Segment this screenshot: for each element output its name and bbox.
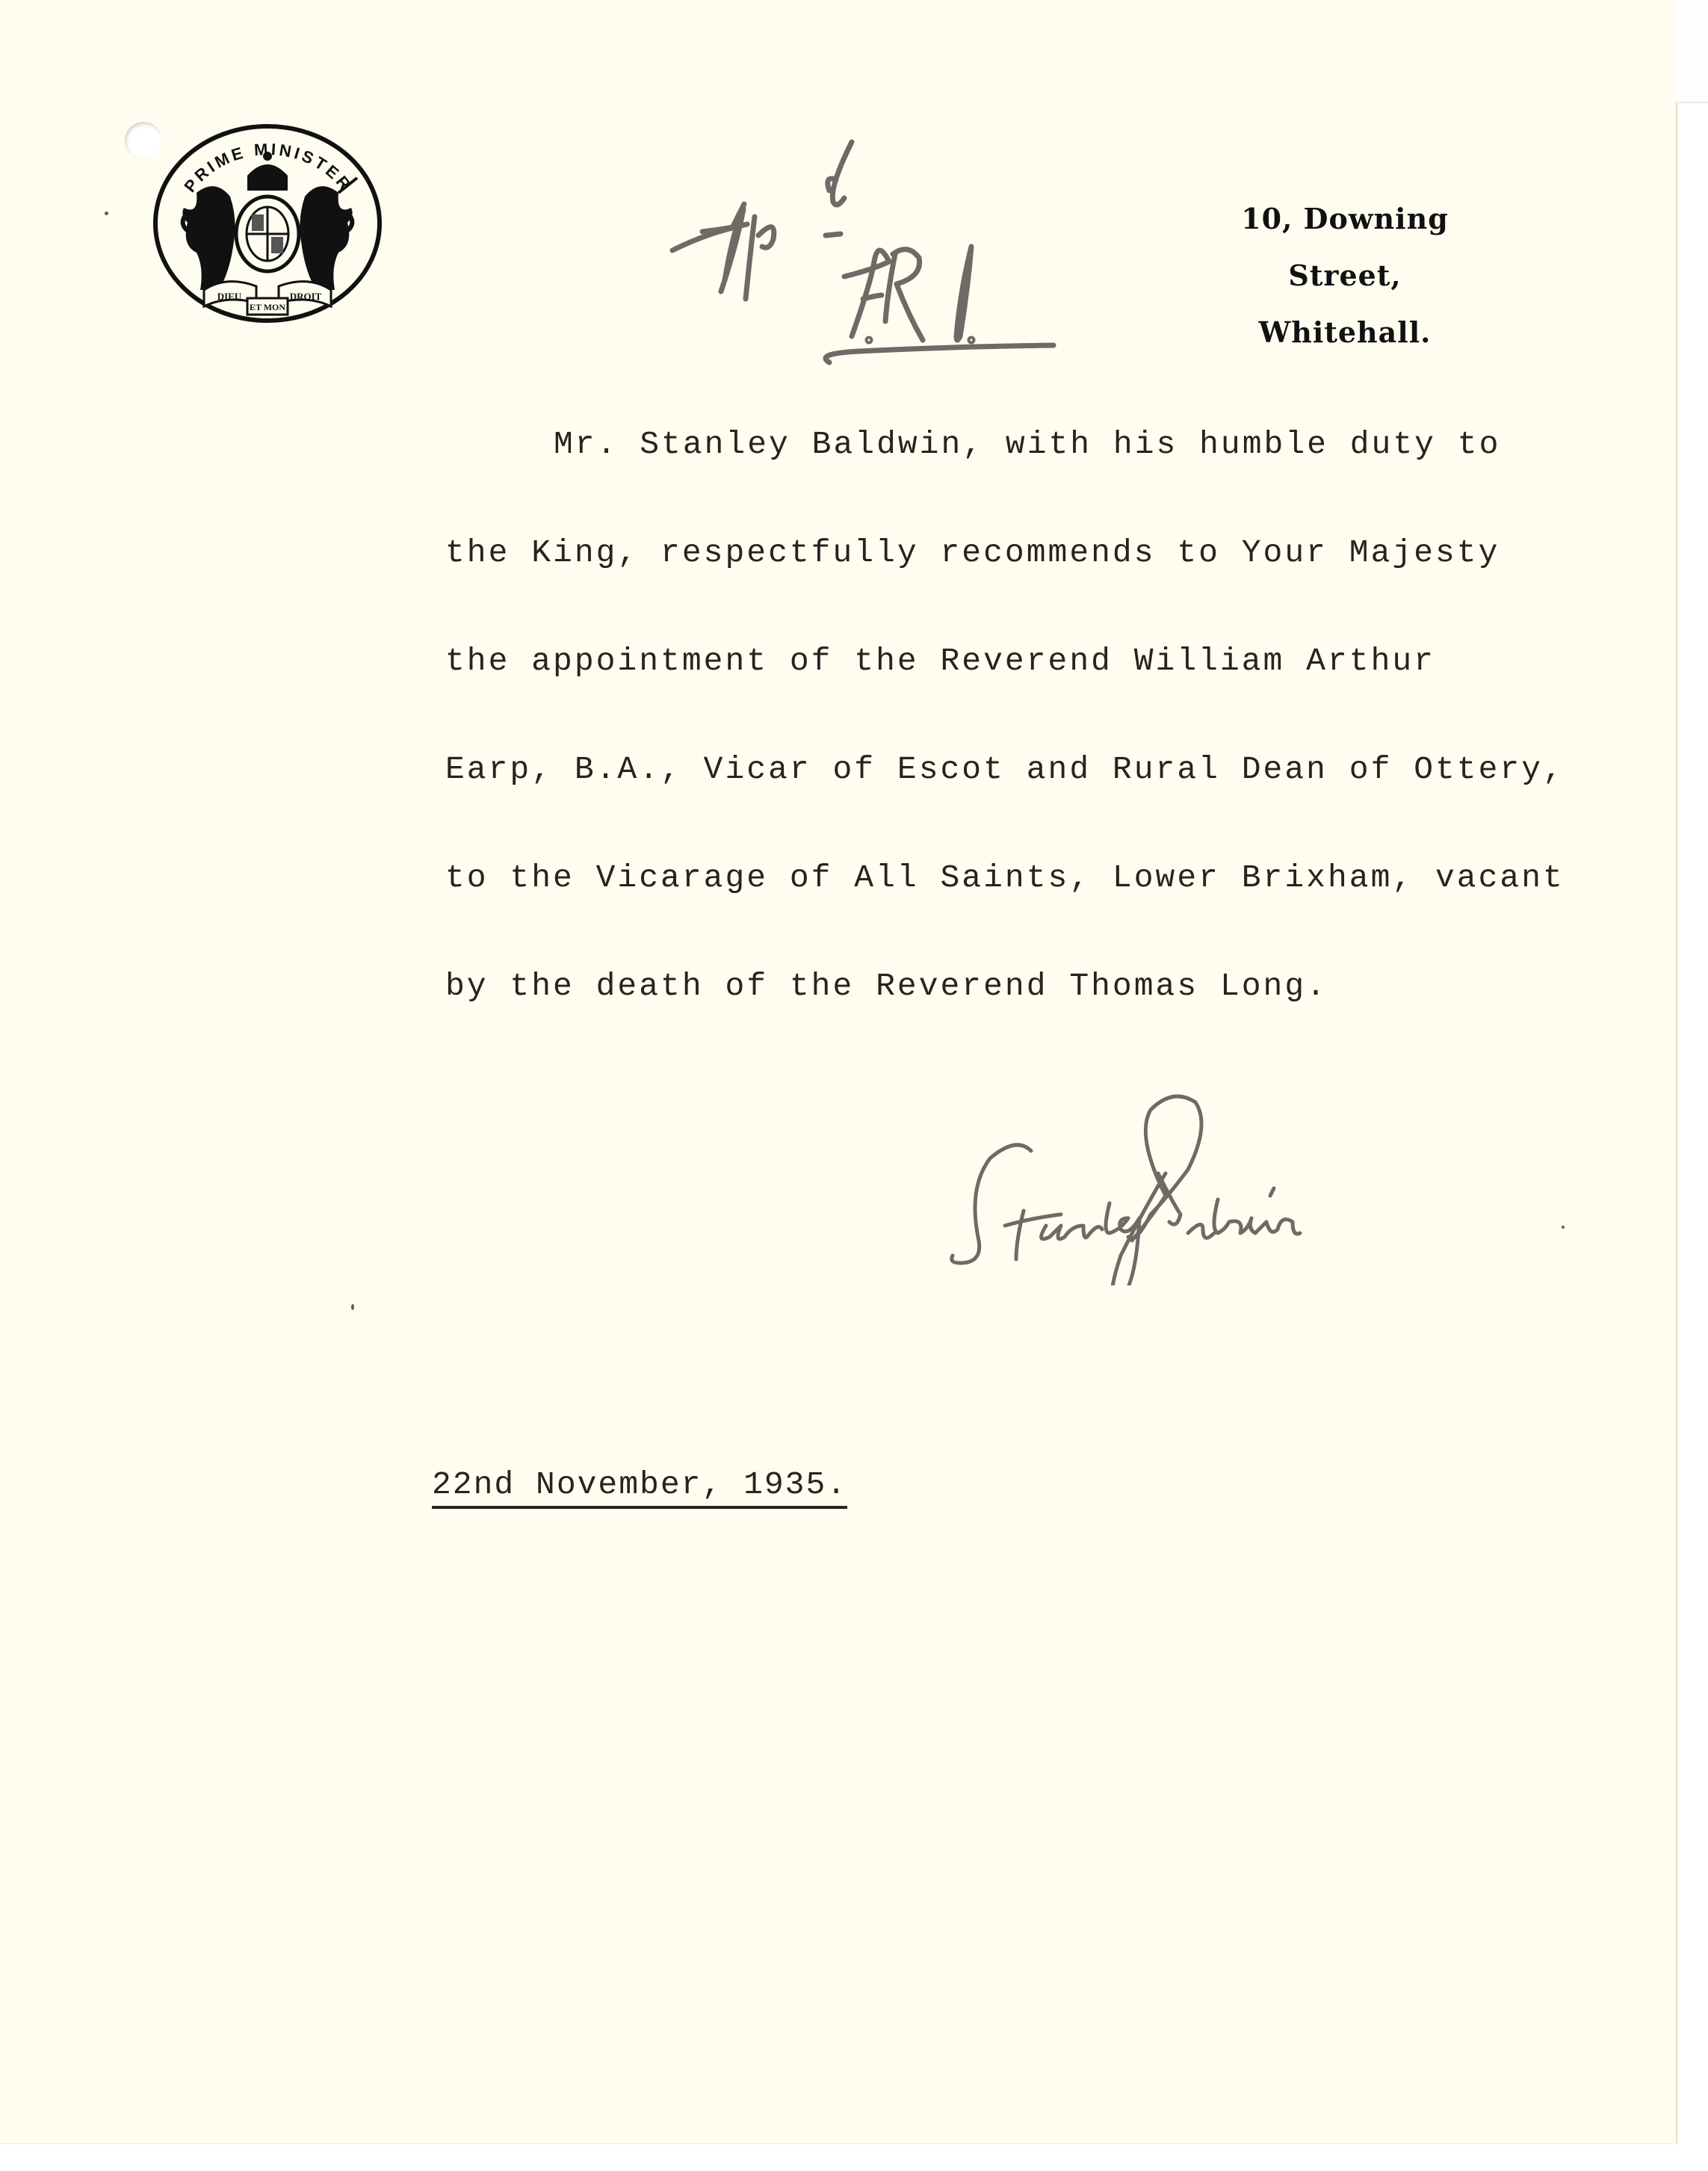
body-line: by the death of the Reverend Thomas Long… [445, 960, 1626, 1069]
address-line-district: Whitehall. [1181, 304, 1509, 361]
letter-date: 22nd November, 1935. [432, 1466, 847, 1509]
body-line: the appointment of the Reverend William … [445, 635, 1626, 744]
signature: Stanley Baldwin [919, 1076, 1502, 1285]
royal-approval-annotation: Appᵈ – G.R.I. [657, 127, 1076, 366]
body-line: Mr. Stanley Baldwin, with his humble dut… [445, 419, 1626, 527]
letter-body: Mr. Stanley Baldwin, with his humble dut… [445, 419, 1626, 1069]
crest-motto-right: DROIT [290, 291, 322, 302]
address-line-street: 10, Downing Street, [1181, 191, 1509, 304]
handwritten-approval-icon [657, 127, 1076, 366]
royal-coat-of-arms-icon: PRIME MINISTER DIEU ET MON D [152, 122, 383, 326]
handwritten-signature-icon [919, 1076, 1502, 1285]
paper-speck [105, 211, 108, 215]
body-line: to the Vicarage of All Saints, Lower Bri… [445, 852, 1626, 960]
letterhead-address: 10, Downing Street, Whitehall. [1181, 191, 1509, 361]
prime-minister-crest: PRIME MINISTER DIEU ET MON D [152, 122, 383, 326]
letter-page: PRIME MINISTER DIEU ET MON D [0, 0, 1677, 2144]
paper-speck [1562, 1226, 1565, 1229]
body-line: Earp, B.A., Vicar of Escot and Rural Dea… [445, 744, 1626, 852]
crest-motto-left: DIEU [217, 291, 242, 302]
crest-motto-center: ET MON [250, 302, 285, 312]
body-line: the King, respectfully recommends to You… [445, 527, 1626, 635]
scan-margin [1676, 0, 1708, 103]
paper-speck [351, 1304, 354, 1310]
